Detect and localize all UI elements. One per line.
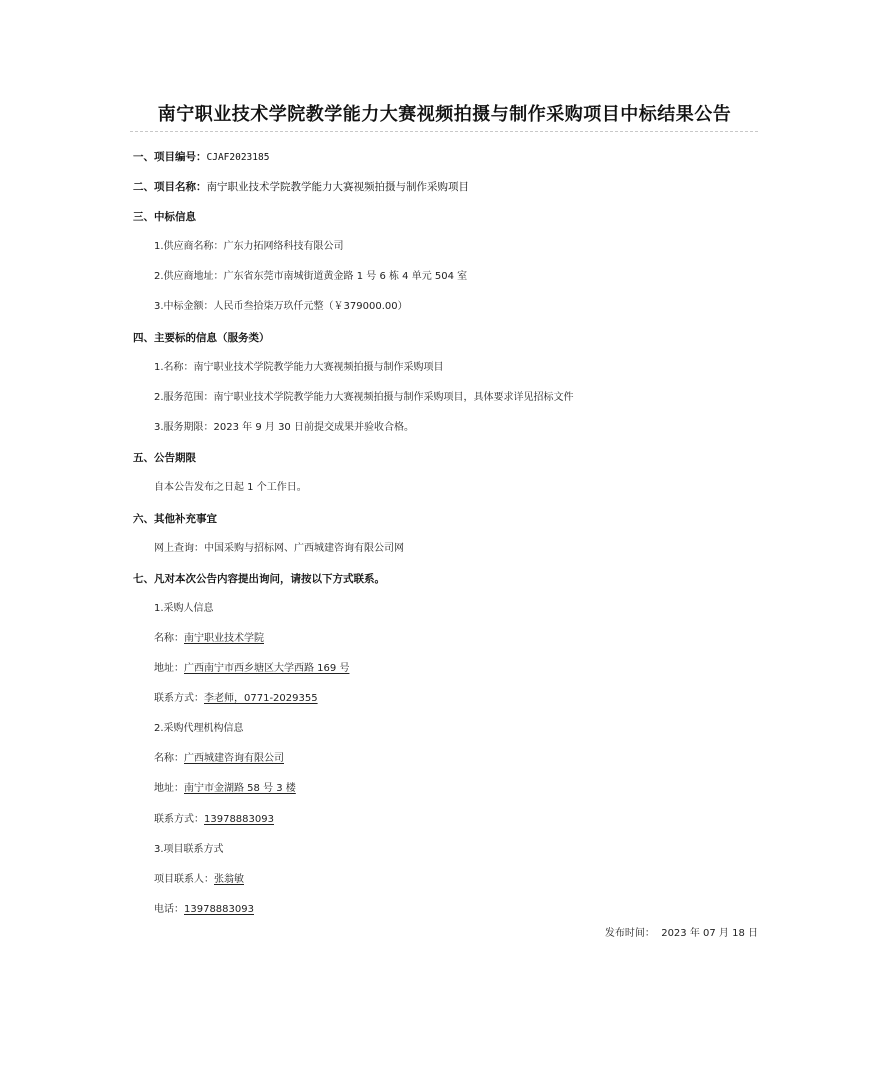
purchaser-name: 名称：南宁职业技术学院 [154,632,264,646]
publish-date: 发布时间： 2023 年 07 月 18 日 [605,924,758,939]
notice-period-text: 自本公告发布之日起 1 个工作日。 [154,481,307,495]
project-number-value: CJAF2023185 [207,152,270,163]
section-other-heading: 六、其他补充事宜 [133,512,217,526]
label: 地址： [154,663,184,674]
page-title: 南宁职业技术学院教学能力大赛视频拍摄与制作采购项目中标结果公告 [0,100,889,126]
purchaser-address: 地址：广西南宁市西乡塘区大学西路 169 号 [154,662,349,676]
section-project-number: 一、项目编号：CJAF2023185 [133,150,269,165]
heading: 一、项目编号： [133,151,207,163]
project-contact-phone: 电话：13978883093 [154,903,254,917]
supplier-address: 2.供应商地址：广东省东莞市南城街道黄金路 1 号 6 栋 4 单元 504 室 [154,270,467,284]
award-amount: 3.中标金额：人民币叁拾柒万玖仟元整（￥379000.00） [154,300,408,314]
section-subject-heading: 四、主要标的信息（服务类） [133,331,270,345]
agency-contact-link[interactable]: 13978883093 [204,814,274,825]
publish-date-value: 2023 年 07 月 18 日 [661,928,758,939]
agency-name: 名称：广西城建咨询有限公司 [154,752,284,766]
agency-contact: 联系方式：13978883093 [154,813,274,827]
subject-name: 1.名称：南宁职业技术学院教学能力大赛视频拍摄与制作采购项目 [154,361,444,375]
title-divider [130,131,758,132]
agency-address: 地址：南宁市金湖路 58 号 3 楼 [154,782,296,796]
other-text: 网上查询：中国采购与招标网、广西城建咨询有限公司网 [154,542,404,556]
agency-name-link[interactable]: 广西城建咨询有限公司 [184,753,284,764]
project-contact-person: 项目联系人：张翁敏 [154,873,244,887]
label: 联系方式： [154,693,204,704]
section-project-name: 二、项目名称：南宁职业技术学院教学能力大赛视频拍摄与制作采购项目 [133,180,469,194]
purchaser-label: 1.采购人信息 [154,602,214,616]
label: 名称： [154,633,184,644]
purchaser-name-link[interactable]: 南宁职业技术学院 [184,633,264,644]
service-scope: 2.服务范围：南宁职业技术学院教学能力大赛视频拍摄与制作采购项目，具体要求详见招… [154,391,574,405]
project-contact-phone-link[interactable]: 13978883093 [184,904,254,915]
purchaser-address-link[interactable]: 广西南宁市西乡塘区大学西路 169 号 [184,663,349,674]
project-contact-person-link[interactable]: 张翁敏 [214,874,244,885]
section-award-heading: 三、中标信息 [133,210,196,224]
purchaser-contact: 联系方式：李老师，0771-2029355 [154,692,318,706]
supplier-name: 1.供应商名称：广东力拓网络科技有限公司 [154,240,344,254]
heading: 二、项目名称： [133,181,207,193]
section-notice-period-heading: 五、公告期限 [133,451,196,465]
project-contact-label: 3.项目联系方式 [154,843,224,857]
label: 联系方式： [154,814,204,825]
label: 地址： [154,783,184,794]
section-contact-heading: 七、凡对本次公告内容提出询问，请按以下方式联系。 [133,572,385,586]
publish-label: 发布时间： [605,928,655,939]
project-name-value: 南宁职业技术学院教学能力大赛视频拍摄与制作采购项目 [207,181,470,193]
agency-label: 2.采购代理机构信息 [154,722,244,736]
label: 名称： [154,753,184,764]
agency-address-link[interactable]: 南宁市金湖路 58 号 3 楼 [184,783,296,794]
label: 电话： [154,904,184,915]
service-period: 3.服务期限：2023 年 9 月 30 日前提交成果并验收合格。 [154,421,414,435]
purchaser-contact-link[interactable]: 李老师，0771-2029355 [204,693,318,704]
label: 项目联系人： [154,874,214,885]
